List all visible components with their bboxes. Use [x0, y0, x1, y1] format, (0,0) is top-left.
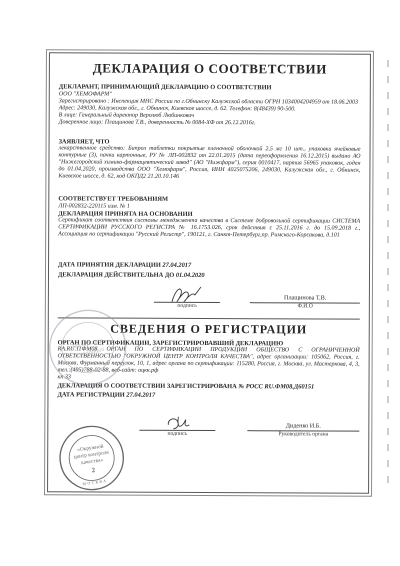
reg-date-row: ДАТА РЕГИСТРАЦИИ 27.04.2017	[57, 392, 359, 401]
org-head-name: Диденко И.Б.	[286, 423, 321, 431]
valid-until-value: 01.04.2020	[176, 272, 205, 279]
adoption-date-value: 27.04.2017	[162, 262, 191, 269]
name-label: Ф.И.О	[250, 304, 360, 311]
signature-label: подпись	[139, 431, 215, 438]
kp-note: кп 33	[58, 375, 360, 383]
declarant-signature-row: подпись Плащинова Т.В. Ф.И.О	[58, 287, 360, 311]
org-head-role-label: Руководитель органа	[247, 432, 359, 439]
declaration-document: ДЕКЛАРАЦИЯ О СООТВЕТСТВИИ ДЕКЛАРАНТ, ПРИ…	[44, 49, 374, 496]
registered-label: ДЕКЛАРАЦИЯ О СООТВЕТСТВИИ ЗАРЕГИСТРИРОВА…	[57, 383, 236, 391]
declarant-signature-block: подпись	[154, 287, 221, 310]
basis-text: Сертификат соответствия системы менеджме…	[58, 218, 360, 240]
scanned-declaration-page: ДЕКЛАРАЦИЯ О СООТВЕТСТВИИ ДЕКЛАРАНТ, ПРИ…	[0, 0, 400, 566]
reg-date-value: 27.04.2017	[126, 392, 155, 399]
document-body: ДЕКЛАРАЦИЯ О СООТВЕТСТВИИ ДЕКЛАРАНТ, ПРИ…	[45, 50, 373, 495]
valid-until-row: ДЕКЛАРАЦИЯ ДЕЙСТВИТЕЛЬНА ДО 01.04.2020	[58, 270, 360, 281]
org-signature-block: подпись	[139, 415, 215, 438]
registration-title: СВЕДЕНИЯ О РЕГИСТРАЦИИ	[58, 321, 360, 337]
org-signature-row: подпись Диденко И.Б. Руководитель органа	[57, 415, 359, 439]
section-divider	[58, 317, 360, 319]
signature-label: подпись	[154, 303, 221, 310]
valid-until-label: ДЕКЛАРАЦИЯ ДЕЙСТВИТЕЛЬНА ДО	[58, 271, 174, 279]
reg-date-label: ДАТА РЕГИСТРАЦИИ	[57, 392, 124, 399]
product-description: лекарственное средство: Бипрол таблетки …	[58, 146, 360, 182]
declarant-name-block: Плащинова Т.В. Ф.И.О	[250, 288, 360, 311]
org-text: RA.RU.11ФМ08 ОРГАН ПО СЕРТИФИКАЦИИ ПРОДУ…	[58, 347, 360, 376]
adoption-date-label: ДАТА ПРИНЯТИЯ ДЕКЛАРАЦИИ	[58, 262, 161, 269]
registered-number: № РОСС RU.ФМ08.Д60151	[238, 384, 314, 391]
registered-row: ДЕКЛАРАЦИЯ О СООТВЕТСТВИИ ЗАРЕГИСТРИРОВА…	[57, 383, 359, 392]
declarant-attorney: Доверенное лицо: Плащинова Т.В., доверен…	[59, 119, 361, 127]
org-head-name-block: Диденко И.Б. Руководитель органа	[247, 416, 359, 439]
document-title: ДЕКЛАРАЦИЯ О СООТВЕТСТВИИ	[59, 60, 361, 77]
scan-edge-artifact	[387, 60, 389, 490]
signer-name: Плащинова Т.В.	[284, 295, 326, 303]
